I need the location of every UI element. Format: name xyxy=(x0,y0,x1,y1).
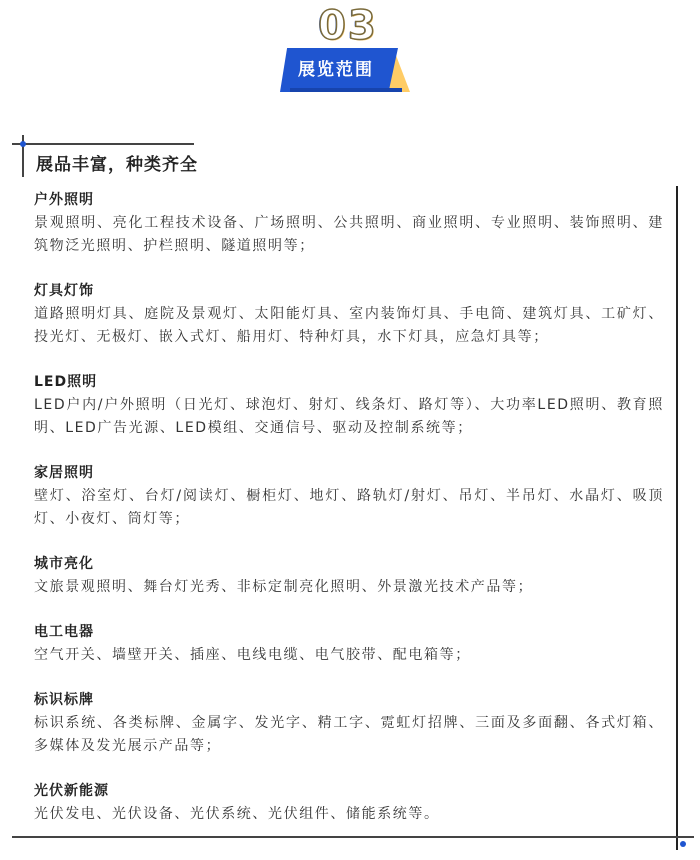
section-title: 灯具灯饰 xyxy=(34,281,664,301)
section-home-lighting: 家居照明 壁灯、浴室灯、台灯/阅读灯、橱柜灯、地灯、路轨灯/射灯、吊灯、半吊灯、… xyxy=(34,463,664,531)
section-photovoltaic: 光伏新能源 光伏发电、光伏设备、光伏系统、光伏组件、储能系统等。 xyxy=(34,781,664,826)
section-title: LED照明 xyxy=(34,372,664,392)
section-body: 光伏发电、光伏设备、光伏系统、光伏组件、储能系统等。 xyxy=(34,803,664,826)
section-title: 家居照明 xyxy=(34,463,664,483)
section-number: 03 xyxy=(278,6,418,46)
section-urban-lighting: 城市亮化 文旅景观照明、舞台灯光秀、非标定制亮化照明、外景激光技术产品等； xyxy=(34,554,664,599)
frame-right-line xyxy=(676,186,678,850)
section-signage: 标识标牌 标识系统、各类标牌、金属字、发光字、精工字、霓虹灯招牌、三面及多面翻、… xyxy=(34,690,664,758)
section-body: 空气开关、墙壁开关、插座、电线电缆、电气胶带、配电箱等； xyxy=(34,644,664,667)
frame-top-line xyxy=(12,143,194,145)
content-heading: 展品丰富，种类齐全 xyxy=(36,150,198,175)
section-body: 文旅景观照明、舞台灯光秀、非标定制亮化照明、外景激光技术产品等； xyxy=(34,576,664,599)
section-title: 展览范围 xyxy=(280,48,392,92)
section-body: 壁灯、浴室灯、台灯/阅读灯、橱柜灯、地灯、路轨灯/射灯、吊灯、半吊灯、水晶灯、吸… xyxy=(34,485,664,531)
section-body: 景观照明、亮化工程技术设备、广场照明、公共照明、商业照明、专业照明、装饰照明、建… xyxy=(34,212,664,258)
section-lamps: 灯具灯饰 道路照明灯具、庭院及景观灯、太阳能灯具、室内装饰灯具、手电筒、建筑灯具… xyxy=(34,281,664,349)
section-title: 标识标牌 xyxy=(34,690,664,710)
section-electrical: 电工电器 空气开关、墙壁开关、插座、电线电缆、电气胶带、配电箱等； xyxy=(34,622,664,667)
section-title: 城市亮化 xyxy=(34,554,664,574)
corner-dot-bottom-right xyxy=(680,841,686,847)
section-led-lighting: LED照明 LED户内/户外照明（日光灯、球泡灯、射灯、线条灯、路灯等）、大功率… xyxy=(34,372,664,440)
section-title: 电工电器 xyxy=(34,622,664,642)
section-body: LED户内/户外照明（日光灯、球泡灯、射灯、线条灯、路灯等）、大功率LED照明、… xyxy=(34,394,664,440)
section-body: 道路照明灯具、庭院及景观灯、太阳能灯具、室内装饰灯具、手电筒、建筑灯具、工矿灯、… xyxy=(34,303,664,349)
section-title: 户外照明 xyxy=(34,190,664,210)
section-title: 光伏新能源 xyxy=(34,781,664,801)
section-body: 标识系统、各类标牌、金属字、发光字、精工字、霓虹灯招牌、三面及多面翻、各式灯箱、… xyxy=(34,712,664,758)
exhibit-scope-list: 户外照明 景观照明、亮化工程技术设备、广场照明、公共照明、商业照明、专业照明、装… xyxy=(34,190,664,849)
section-outdoor-lighting: 户外照明 景观照明、亮化工程技术设备、广场照明、公共照明、商业照明、专业照明、装… xyxy=(34,190,664,258)
section-badge: 03 展览范围 xyxy=(278,6,418,90)
corner-dot-top-left xyxy=(20,141,26,147)
